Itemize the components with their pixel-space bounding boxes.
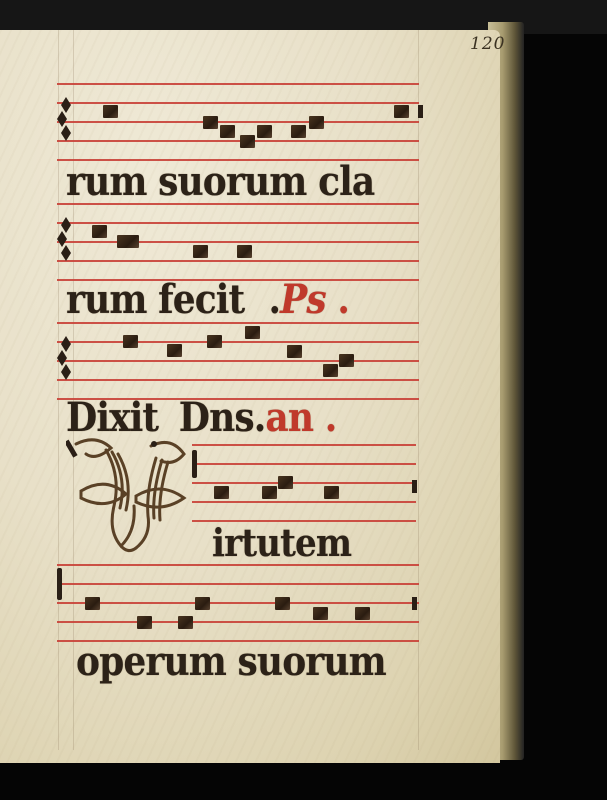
staff-1 [57, 83, 419, 163]
custos-icon [418, 105, 423, 118]
lyric-line-5: operum suorum [76, 638, 386, 685]
note [287, 345, 302, 358]
lyric-line-3: Dixit Dns.an . [66, 394, 336, 441]
note [257, 125, 272, 138]
c-clef-icon [61, 97, 71, 141]
note [262, 486, 277, 499]
note [207, 335, 222, 348]
note [85, 597, 100, 610]
note [92, 225, 107, 238]
note [245, 326, 260, 339]
lyric-line-4: irtutem [212, 520, 351, 565]
note [323, 364, 338, 377]
lyric-line-2: rum fecit .Ps . [66, 276, 349, 323]
custos-icon [412, 480, 417, 493]
note [291, 125, 306, 138]
lyric-dominus: Dns [179, 394, 254, 441]
note [240, 135, 255, 148]
note [309, 116, 324, 129]
note [275, 597, 290, 610]
note [117, 235, 139, 248]
staff-4 [192, 444, 416, 524]
rubric-dot: . [325, 394, 337, 441]
lyric-text: rum fecit [66, 276, 244, 323]
note [278, 476, 293, 489]
note [355, 607, 370, 620]
lyric-line-1: rum suorum cla [66, 158, 374, 205]
decorated-initial-v-icon [66, 436, 191, 554]
note [214, 486, 229, 499]
staff-5 [57, 564, 419, 644]
staff-3 [57, 322, 419, 402]
note [103, 105, 118, 118]
note [394, 105, 409, 118]
note [137, 616, 152, 629]
rubric-psalm: Ps [280, 276, 326, 323]
punctum-dot: . [269, 276, 281, 323]
note [195, 597, 210, 610]
custos-icon [412, 597, 417, 610]
note [178, 616, 193, 629]
rubric-dot: . [337, 276, 349, 323]
note [237, 245, 252, 258]
note [324, 486, 339, 499]
rubric-antiphon: an [265, 394, 313, 441]
note [220, 125, 235, 138]
note [203, 116, 218, 129]
punctum-dot: . [254, 394, 266, 441]
folio-number: 120 [470, 34, 505, 54]
note [313, 607, 328, 620]
c-clef-icon [192, 450, 197, 478]
note [123, 335, 138, 348]
note [339, 354, 354, 367]
note [167, 344, 182, 357]
lyric-dixit: Dixit [66, 394, 158, 441]
c-clef-icon [61, 336, 71, 380]
c-clef-icon [61, 217, 71, 261]
c-clef-icon [57, 568, 62, 600]
note [193, 245, 208, 258]
staff-2 [57, 203, 419, 283]
